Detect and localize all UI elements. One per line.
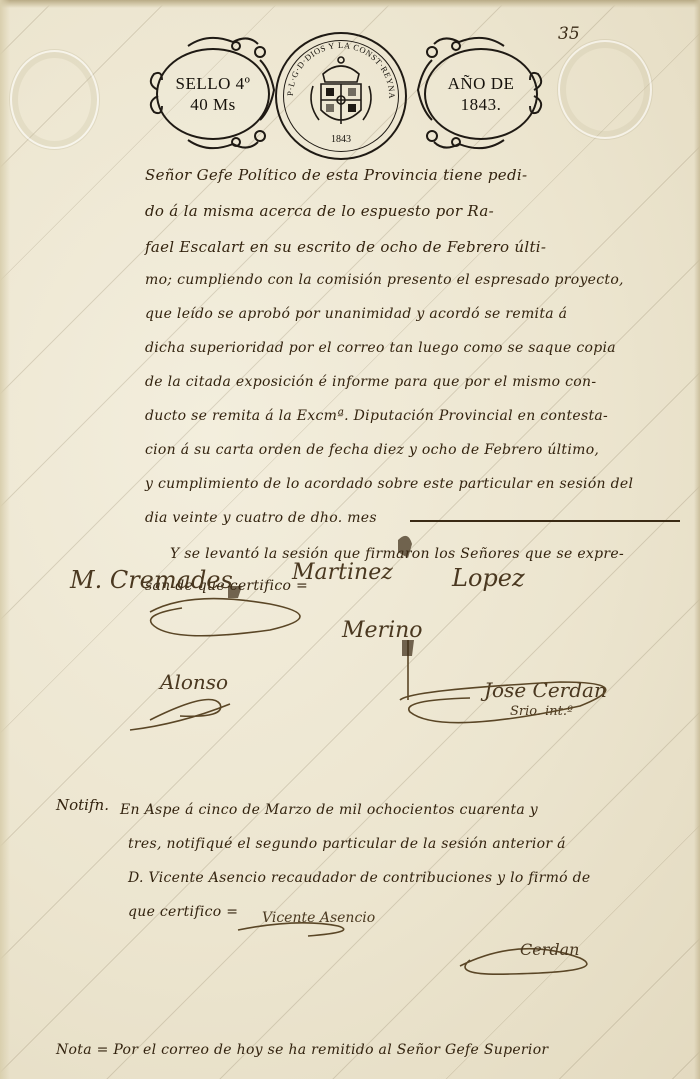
signature-cerdan-notification: Cerdan — [520, 940, 579, 959]
notification-line: En Aspe á cinco de Marzo de mil ochocien… — [120, 802, 538, 818]
notification-margin-label: Notifn. — [56, 796, 109, 814]
notification-line: D. Vicente Asencio recaudador de contrib… — [128, 870, 591, 886]
notification-line: que certifico = — [128, 904, 238, 920]
notification-line: tres, notifiqué el segundo particular de… — [128, 836, 566, 852]
document-page: 35 SELLO 4º 40 Ms — [0, 0, 700, 1079]
signature-vicente-asencio: Vicente Asencio — [262, 910, 375, 926]
note-line: Nota = Por el correo de hoy se ha remiti… — [56, 1042, 548, 1058]
